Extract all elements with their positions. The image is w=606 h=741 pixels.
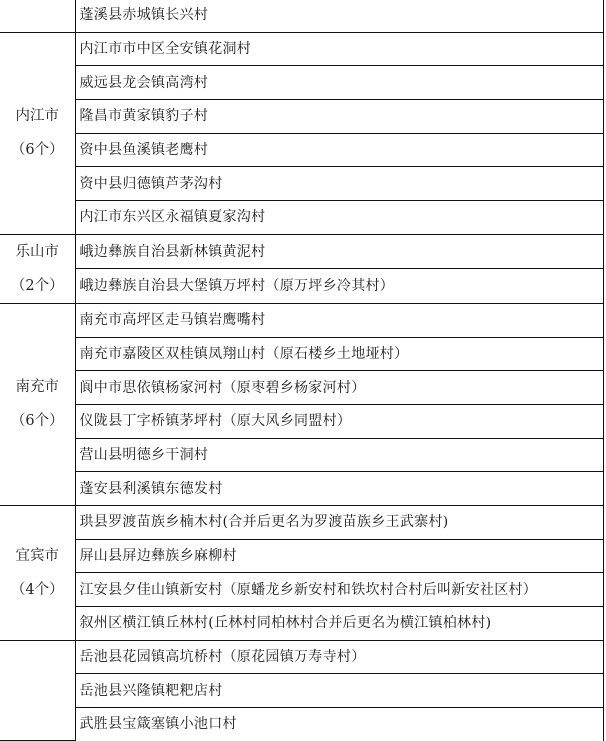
table-row: 资中县鱼溪镇老鹰村 — [0, 133, 603, 167]
table-row: 南充市 （6个） 南充市高坪区走马镇岩鹰嘴村 — [0, 303, 603, 337]
village-cell: 威远县龙会镇高湾村 — [75, 66, 603, 100]
document-sheet: 蓬溪县赤城镇长兴村 内江市 （6个） 内江市市中区全安镇花洞村 威远县龙会镇高湾… — [0, 0, 603, 741]
table-row: 南充市嘉陵区双桂镇凤翔山村（原石楼乡土地垭村） — [0, 337, 603, 371]
table-row: 威远县龙会镇高湾村 — [0, 66, 603, 100]
table-row: 阆中市思依镇杨家河村（原枣碧乡杨家河村） — [0, 371, 603, 405]
city-name: 内江市 — [0, 99, 75, 133]
table-row: 蓬安县利溪镇东德发村 — [0, 472, 603, 506]
city-name: 宜宾市 — [0, 539, 75, 573]
village-cell: 内江市市中区全安镇花洞村 — [75, 32, 603, 66]
village-cell: 隆昌市黄家镇豹子村 — [75, 100, 603, 134]
city-count: （6个） — [0, 133, 75, 167]
village-cell: 武胜县宝箴塞镇小池口村 — [75, 708, 603, 741]
village-cell: 江安县夕佳山镇新安村（原蟠龙乡新安村和铁坎村合村后叫新安社区村） — [75, 573, 603, 607]
table-row: 隆昌市黄家镇豹子村 — [0, 100, 603, 134]
village-list-table: 蓬溪县赤城镇长兴村 内江市 （6个） 内江市市中区全安镇花洞村 威远县龙会镇高湾… — [0, 0, 604, 741]
table-row: 仪陇县丁字桥镇茅坪村（原大风乡同盟村） — [0, 404, 603, 438]
village-cell: 蓬安县利溪镇东德发村 — [75, 472, 603, 506]
table-row: 内江市 （6个） 内江市市中区全安镇花洞村 — [0, 32, 603, 66]
city-cell-neijiang: 内江市 （6个） — [0, 32, 75, 234]
city-count: （4个） — [0, 573, 75, 607]
village-cell: 南充市嘉陵区双桂镇凤翔山村（原石楼乡土地垭村） — [75, 337, 603, 371]
city-count: （6个） — [0, 404, 75, 438]
village-cell: 资中县鱼溪镇老鹰村 — [75, 133, 603, 167]
city-cell-leshan: 乐山市 （2个） — [0, 234, 75, 303]
table-row: 营山县明德乡干洞村 — [0, 438, 603, 472]
table-row: 内江市东兴区永福镇夏家沟村 — [0, 201, 603, 235]
city-cell-continued — [0, 640, 75, 741]
village-cell: 资中县归德镇芦茅沟村 — [75, 167, 603, 201]
village-cell: 岳池县兴隆镇粑粑店村 — [75, 674, 603, 708]
table-row: 蓬溪县赤城镇长兴村 — [0, 0, 603, 32]
village-cell: 珙县罗渡苗族乡楠木村(合并后更名为罗渡苗族乡王武寨村) — [75, 505, 603, 539]
city-name: 乐山市 — [0, 235, 75, 269]
village-cell: 阆中市思依镇杨家河村（原枣碧乡杨家河村） — [75, 371, 603, 405]
table-row: 峨边彝族自治县大堡镇万坪村（原万坪乡冷其村） — [0, 269, 603, 304]
table-row: 宜宾市 （4个） 珙县罗渡苗族乡楠木村(合并后更名为罗渡苗族乡王武寨村) — [0, 505, 603, 539]
table-row: 江安县夕佳山镇新安村（原蟠龙乡新安村和铁坎村合村后叫新安社区村） — [0, 573, 603, 607]
village-cell: 峨边彝族自治县新林镇黄泥村 — [75, 234, 603, 269]
city-name: 南充市 — [0, 370, 75, 404]
table-row: 叙州区横江镇丘林村(丘林村同柏林村合并后更名为横江镇柏林村) — [0, 607, 603, 641]
village-cell: 内江市东兴区永福镇夏家沟村 — [75, 201, 603, 235]
table-row: 乐山市 （2个） 峨边彝族自治县新林镇黄泥村 — [0, 234, 603, 269]
village-cell: 南充市高坪区走马镇岩鹰嘴村 — [75, 303, 603, 337]
village-cell: 仪陇县丁字桥镇茅坪村（原大风乡同盟村） — [75, 404, 603, 438]
table-row: 岳池县花园镇高坑桥村（原花园镇万寿寺村） — [0, 640, 603, 674]
city-cell-nanchong: 南充市 （6个） — [0, 303, 75, 505]
table-row: 岳池县兴隆镇粑粑店村 — [0, 674, 603, 708]
village-cell: 峨边彝族自治县大堡镇万坪村（原万坪乡冷其村） — [75, 269, 603, 304]
village-cell: 营山县明德乡干洞村 — [75, 438, 603, 472]
village-cell: 叙州区横江镇丘林村(丘林村同柏林村合并后更名为横江镇柏林村) — [75, 607, 603, 641]
table-row: 武胜县宝箴塞镇小池口村 — [0, 708, 603, 741]
city-count: （2个） — [0, 269, 75, 303]
table-row: 屏山县屏边彝族乡麻柳村 — [0, 539, 603, 573]
village-cell: 蓬溪县赤城镇长兴村 — [75, 0, 603, 32]
village-cell: 岳池县花园镇高坑桥村（原花园镇万寿寺村） — [75, 640, 603, 674]
table-row: 资中县归德镇芦茅沟村 — [0, 167, 603, 201]
village-cell: 屏山县屏边彝族乡麻柳村 — [75, 539, 603, 573]
city-cell-yibin: 宜宾市 （4个） — [0, 505, 75, 640]
city-cell-continued — [0, 0, 75, 32]
